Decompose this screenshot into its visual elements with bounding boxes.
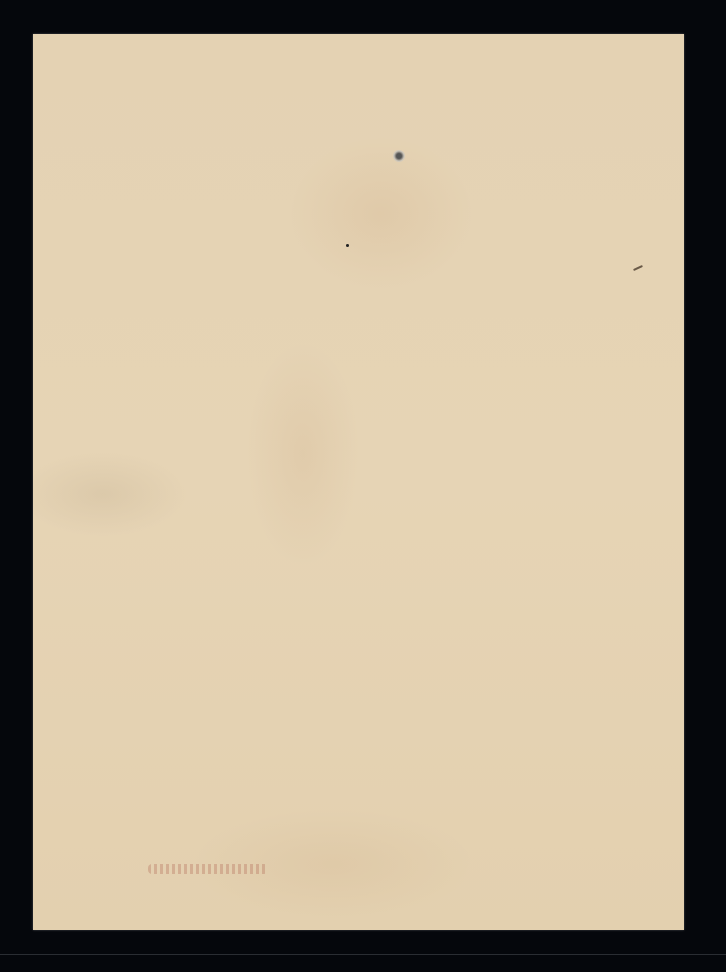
dirt-speck (346, 244, 349, 247)
aged-paper-card (33, 34, 684, 930)
dirt-speck (633, 265, 643, 271)
faint-pencil-inscription (148, 864, 268, 874)
puncture-mark (393, 150, 405, 162)
frame-edge (0, 954, 726, 955)
